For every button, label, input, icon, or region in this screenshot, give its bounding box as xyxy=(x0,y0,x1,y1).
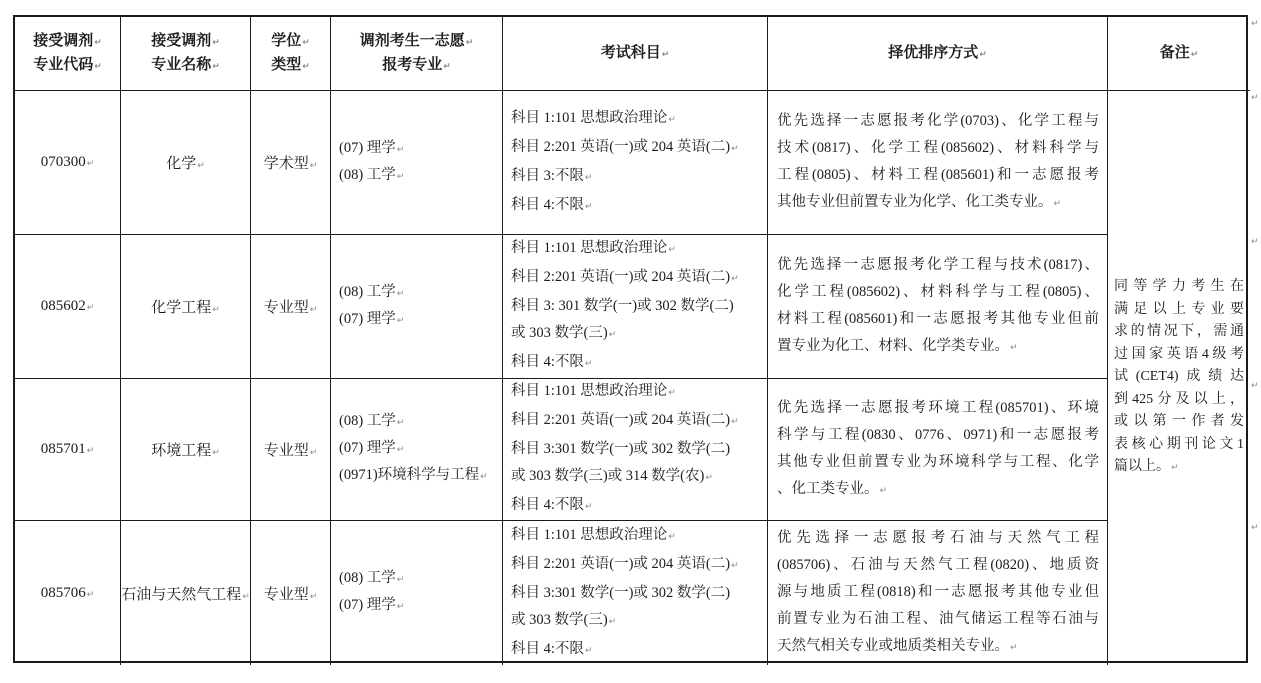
major-option: (07) 理学↵ xyxy=(339,436,498,463)
ranking-line: 科学与工程(0830、0776、0971)和一志愿报考 xyxy=(777,422,1099,449)
subject-line: 科目 3:301 数学(一)或 302 数学(二) xyxy=(511,580,767,607)
return-mark: ↵ xyxy=(609,330,617,340)
ranking-line: 优先选择一志愿报考化学工程与技术(0817)、 xyxy=(777,252,1099,279)
r1-degree-cell: 学术型↵ xyxy=(250,90,330,234)
r4-code-cell: 085706↵ xyxy=(15,520,120,665)
return-mark: ↵ xyxy=(242,592,250,602)
remarks-cell: 同等学力考生在 满足以上专业要 求的情况下，需通 过国家英语4级考 试(CET4… xyxy=(1107,90,1250,665)
r4-ranking-cell: 优先选择一志愿报考石油与天然气工程 (085706)、石油与天然气工程(0820… xyxy=(767,520,1107,665)
major-name: 石油与天然气工程↵ xyxy=(121,583,250,604)
ranking-line: 、化工类专业。↵ xyxy=(777,476,1099,505)
return-mark: ↵ xyxy=(480,472,488,482)
header-line: 学位↵ xyxy=(271,30,310,54)
degree-type: 学术型↵ xyxy=(264,152,318,173)
major-code: 085701↵ xyxy=(41,441,95,458)
major-option: (07) 理学↵ xyxy=(339,136,498,163)
subject-line: 科目 4:不限↵ xyxy=(511,349,767,378)
return-mark: ↵ xyxy=(197,161,205,171)
return-mark: ↵ xyxy=(585,202,593,212)
subject-line: 科目 1:101 思想政治理论↵ xyxy=(511,522,767,551)
subject-line: 科目 3:不限↵ xyxy=(511,163,767,192)
return-mark: ↵ xyxy=(87,590,95,600)
return-mark: ↵ xyxy=(443,62,451,72)
ranking-line: 天然气相关专业或地质类相关专业。↵ xyxy=(777,633,1099,662)
remark-line: 求的情况下，需通 xyxy=(1114,321,1244,344)
subject-line: 或 303 数学(三)或 314 数学(农)↵ xyxy=(511,463,767,492)
return-mark: ↵ xyxy=(1251,236,1261,248)
header-accept-name: 接受调剂↵ 专业名称↵ xyxy=(120,17,250,90)
return-mark: ↵ xyxy=(668,532,676,542)
return-mark: ↵ xyxy=(731,561,739,571)
ranking-line: 材料工程(085601)和一志愿报考其他专业但前 xyxy=(777,306,1099,333)
header-ranking-method: 择优排序方式↵ xyxy=(767,17,1107,90)
major-name: 环境工程↵ xyxy=(151,439,220,460)
header-line: 考试科目↵ xyxy=(601,42,670,66)
return-mark: ↵ xyxy=(212,38,220,48)
return-mark: ↵ xyxy=(1010,643,1018,653)
ranking-line: 源与地质工程(0818)和一志愿报考其他专业但 xyxy=(777,579,1099,606)
return-mark: ↵ xyxy=(310,448,318,458)
header-exam-subjects: 考试科目↵ xyxy=(502,17,767,90)
r1-code-cell: 070300↵ xyxy=(15,90,120,234)
major-option: (07) 理学↵ xyxy=(339,593,498,620)
degree-type: 专业型↵ xyxy=(264,439,318,460)
r3-ranking-cell: 优先选择一志愿报考环境工程(085701)、环境 科学与工程(0830、0776… xyxy=(767,378,1107,520)
return-mark: ↵ xyxy=(397,418,405,428)
return-mark: ↵ xyxy=(705,473,713,483)
r1-subjects-cell: 科目 1:101 思想政治理论↵ 科目 2:201 英语(一)或 204 英语(… xyxy=(502,90,767,234)
remark-line: 同等学力考生在 xyxy=(1114,276,1244,299)
major-option: (08) 工学↵ xyxy=(339,409,498,436)
header-line: 专业代码↵ xyxy=(33,54,102,78)
return-mark: ↵ xyxy=(466,38,474,48)
header-line: 报考专业↵ xyxy=(382,54,451,78)
r3-degree-cell: 专业型↵ xyxy=(250,378,330,520)
subject-line: 或 303 数学(三)↵ xyxy=(511,320,767,349)
return-mark: ↵ xyxy=(397,172,405,182)
return-mark: ↵ xyxy=(668,245,676,255)
remark-line: 试(CET4)成绩达 xyxy=(1114,366,1244,389)
return-mark: ↵ xyxy=(212,448,220,458)
return-mark: ↵ xyxy=(1251,18,1261,30)
r2-first-choice-cell: (08) 工学↵ (07) 理学↵ xyxy=(330,234,502,378)
return-mark: ↵ xyxy=(1171,463,1179,473)
major-option: (0971)环境科学与工程↵ xyxy=(339,463,498,490)
major-option: (08) 工学↵ xyxy=(339,163,498,190)
return-mark: ↵ xyxy=(1251,522,1261,534)
return-mark: ↵ xyxy=(1251,380,1261,392)
header-remarks: 备注↵ xyxy=(1107,17,1250,90)
remark-line: 篇以上。↵ xyxy=(1114,456,1244,480)
return-mark: ↵ xyxy=(1054,199,1062,209)
subject-line: 科目 3: 301 数学(一)或 302 数学(二) xyxy=(511,293,767,320)
r2-code-cell: 085602↵ xyxy=(15,234,120,378)
header-line: 接受调剂↵ xyxy=(33,30,102,54)
major-option: (07) 理学↵ xyxy=(339,307,498,334)
ranking-line: 其他专业但前置专业为环境科学与工程、化学 xyxy=(777,449,1099,476)
subject-line: 科目 2:201 英语(一)或 204 英语(二)↵ xyxy=(511,407,767,436)
subject-line: 或 303 数学(三)↵ xyxy=(511,607,767,636)
return-mark: ↵ xyxy=(1010,343,1018,353)
remark-line: 或以第一作者发 xyxy=(1114,411,1244,434)
return-mark: ↵ xyxy=(302,38,310,48)
r2-subjects-cell: 科目 1:101 思想政治理论↵ 科目 2:201 英语(一)或 204 英语(… xyxy=(502,234,767,378)
return-mark: ↵ xyxy=(94,62,102,72)
r2-name-cell: 化学工程↵ xyxy=(120,234,250,378)
return-mark: ↵ xyxy=(979,50,987,60)
r3-first-choice-cell: (08) 工学↵ (07) 理学↵ (0971)环境科学与工程↵ xyxy=(330,378,502,520)
header-line: 专业名称↵ xyxy=(151,54,220,78)
major-name: 化学↵ xyxy=(166,152,205,173)
remark-line: 到425分及以上， xyxy=(1114,389,1244,412)
r2-degree-cell: 专业型↵ xyxy=(250,234,330,378)
header-degree-type: 学位↵ 类型↵ xyxy=(250,17,330,90)
major-option: (08) 工学↵ xyxy=(339,566,498,593)
return-mark: ↵ xyxy=(310,161,318,171)
r4-first-choice-cell: (08) 工学↵ (07) 理学↵ xyxy=(330,520,502,665)
return-mark: ↵ xyxy=(1251,92,1261,104)
return-mark: ↵ xyxy=(397,145,405,155)
header-line: 择优排序方式↵ xyxy=(888,42,987,66)
return-mark: ↵ xyxy=(212,305,220,315)
header-accept-code: 接受调剂↵ 专业代码↵ xyxy=(15,17,120,90)
document-page: { "page": { "background_color": "#ffffff… xyxy=(0,0,1261,683)
return-mark: ↵ xyxy=(87,159,95,169)
major-option: (08) 工学↵ xyxy=(339,280,498,307)
subject-line: 科目 1:101 思想政治理论↵ xyxy=(511,235,767,264)
r3-code-cell: 085701↵ xyxy=(15,378,120,520)
ranking-line: 前置专业为石油工程、油气储运工程等石油与 xyxy=(777,606,1099,633)
return-mark: ↵ xyxy=(397,289,405,299)
major-code: 070300↵ xyxy=(41,154,95,171)
return-mark: ↵ xyxy=(731,274,739,284)
ranking-line: 化学工程(085602)、材料科学与工程(0805)、 xyxy=(777,279,1099,306)
return-mark: ↵ xyxy=(880,486,888,496)
ranking-line: 优先选择一志愿报考化学(0703)、化学工程与 xyxy=(777,108,1099,135)
header-line: 备注↵ xyxy=(1160,42,1199,66)
subject-line: 科目 4:不限↵ xyxy=(511,492,767,521)
subject-line: 科目 3:301 数学(一)或 302 数学(二) xyxy=(511,436,767,463)
degree-type: 专业型↵ xyxy=(264,583,318,604)
return-mark: ↵ xyxy=(87,303,95,313)
return-mark: ↵ xyxy=(397,316,405,326)
return-mark: ↵ xyxy=(609,617,617,627)
r1-name-cell: 化学↵ xyxy=(120,90,250,234)
return-mark: ↵ xyxy=(585,173,593,183)
return-mark: ↵ xyxy=(731,144,739,154)
degree-type: 专业型↵ xyxy=(264,296,318,317)
r2-ranking-cell: 优先选择一志愿报考化学工程与技术(0817)、 化学工程(085602)、材料科… xyxy=(767,234,1107,378)
r1-first-choice-cell: (07) 理学↵ (08) 工学↵ xyxy=(330,90,502,234)
r3-name-cell: 环境工程↵ xyxy=(120,378,250,520)
return-mark: ↵ xyxy=(585,359,593,369)
return-mark: ↵ xyxy=(310,592,318,602)
r1-ranking-cell: 优先选择一志愿报考化学(0703)、化学工程与 技术(0817)、化学工程(08… xyxy=(767,90,1107,234)
return-mark: ↵ xyxy=(87,446,95,456)
subject-line: 科目 2:201 英语(一)或 204 英语(二)↵ xyxy=(511,134,767,163)
return-mark: ↵ xyxy=(397,445,405,455)
return-mark: ↵ xyxy=(585,646,593,656)
return-mark: ↵ xyxy=(397,602,405,612)
return-mark: ↵ xyxy=(302,62,310,72)
major-code: 085602↵ xyxy=(41,298,95,315)
return-mark: ↵ xyxy=(1191,50,1199,60)
ranking-line: 优先选择一志愿报考环境工程(085701)、环境 xyxy=(777,395,1099,422)
r4-degree-cell: 专业型↵ xyxy=(250,520,330,665)
subject-line: 科目 1:101 思想政治理论↵ xyxy=(511,378,767,407)
return-mark: ↵ xyxy=(668,115,676,125)
return-mark: ↵ xyxy=(668,388,676,398)
return-mark: ↵ xyxy=(94,38,102,48)
subject-line: 科目 4:不限↵ xyxy=(511,192,767,221)
return-mark: ↵ xyxy=(731,417,739,427)
ranking-line: 其他专业但前置专业为化学、化工类专业。↵ xyxy=(777,189,1099,218)
r3-subjects-cell: 科目 1:101 思想政治理论↵ 科目 2:201 英语(一)或 204 英语(… xyxy=(502,378,767,520)
ranking-line: 优先选择一志愿报考石油与天然气工程 xyxy=(777,525,1099,552)
header-line: 类型↵ xyxy=(271,54,310,78)
r4-name-cell: 石油与天然气工程↵ xyxy=(120,520,250,665)
subject-line: 科目 4:不限↵ xyxy=(511,636,767,665)
return-mark: ↵ xyxy=(397,575,405,585)
subject-line: 科目 2:201 英语(一)或 204 英语(二)↵ xyxy=(511,551,767,580)
ranking-line: (085706)、石油与天然气工程(0820)、地质资 xyxy=(777,552,1099,579)
return-mark: ↵ xyxy=(310,305,318,315)
remark-line: 过国家英语4级考 xyxy=(1114,344,1244,367)
r4-subjects-cell: 科目 1:101 思想政治理论↵ 科目 2:201 英语(一)或 204 英语(… xyxy=(502,520,767,665)
return-mark: ↵ xyxy=(585,502,593,512)
remark-line: 表核心期刊论文1 xyxy=(1114,434,1244,457)
subject-line: 科目 2:201 英语(一)或 204 英语(二)↵ xyxy=(511,264,767,293)
header-line: 调剂考生一志愿↵ xyxy=(360,30,474,54)
transfer-admission-table: 接受调剂↵ 专业代码↵ 接受调剂↵ 专业名称↵ 学位↵ 类型↵ 调剂考生一志愿↵… xyxy=(13,15,1248,663)
ranking-line: 工程(0805)、材料工程(085601)和一志愿报考 xyxy=(777,162,1099,189)
ranking-line: 技术(0817)、化学工程(085602)、材料科学与 xyxy=(777,135,1099,162)
major-name: 化学工程↵ xyxy=(151,296,220,317)
remark-line: 满足以上专业要 xyxy=(1114,299,1244,322)
ranking-line: 置专业为化工、材料、化学类专业。↵ xyxy=(777,333,1099,362)
major-code: 085706↵ xyxy=(41,585,95,602)
header-first-choice: 调剂考生一志愿↵ 报考专业↵ xyxy=(330,17,502,90)
header-line: 接受调剂↵ xyxy=(151,30,220,54)
return-mark: ↵ xyxy=(662,50,670,60)
subject-line: 科目 1:101 思想政治理论↵ xyxy=(511,105,767,134)
return-mark: ↵ xyxy=(212,62,220,72)
